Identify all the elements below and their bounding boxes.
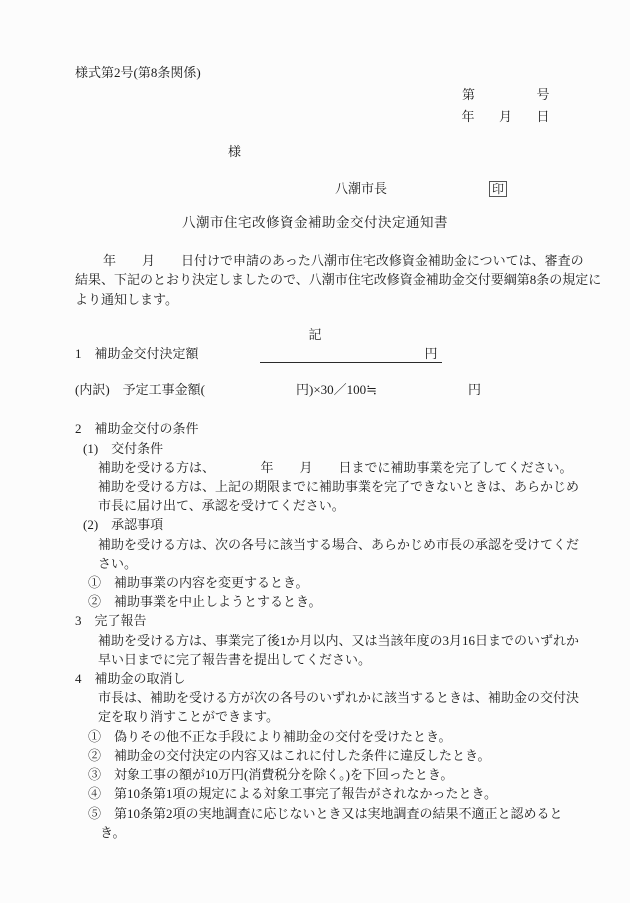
- section2-sub1-heading: (1) 交付条件: [83, 439, 555, 458]
- section4-item-5: ⑤ 第10条第2項の実地調査に応じないとき又は実地調査の結果不適正と認めると: [88, 804, 555, 823]
- section2-sub2-heading: (2) 承認事項: [83, 515, 555, 534]
- section4-item-4: ④ 第10条第1項の規定による対象工事完了報告がされなかったとき。: [88, 784, 555, 803]
- section4-item-1: ① 偽りその他不正な手段により補助金の交付を受けたとき。: [88, 727, 555, 746]
- form-number-label: 様式第2号(第8条関係): [75, 63, 555, 82]
- reference-number-prefix: 第: [462, 87, 476, 102]
- reference-number-line: 第号: [75, 85, 555, 104]
- intro-paragraph-line-3: より通知します。: [75, 290, 555, 309]
- section2-sub2-line-1: 補助を受ける方は、次の各号に該当する場合、あらかじめ市長の承認を受けてくだ: [98, 535, 555, 554]
- section2-sub2-item-1: ① 補助事業の内容を変更するとき。: [88, 573, 555, 592]
- intro-paragraph-line-2: 結果、下記のとおり決定しましたので、八潮市住宅改修資金補助金交付要綱第8条の規定…: [75, 270, 555, 289]
- section4-item-2: ② 補助金の交付決定の内容又はこれに付した条件に違反したとき。: [88, 746, 555, 765]
- issue-date-line: 年月日: [75, 107, 555, 126]
- section2-heading: 2 補助金交付の条件: [75, 419, 555, 438]
- document-page: 様式第2号(第8条関係) 第号 年月日 様 八潮市長印 八潮市住宅改修資金補助金…: [0, 0, 630, 903]
- section4-line-2: 定を取り消すことができます。: [98, 707, 555, 726]
- item1-unit: 円: [425, 346, 438, 361]
- item1-amount-blank: 円: [260, 345, 442, 363]
- section3-heading: 3 完了報告: [75, 611, 555, 630]
- section2-sub1-line-3: 市長に届け出て、承認を受けてください。: [98, 496, 555, 515]
- issue-date-month: 月: [499, 109, 513, 124]
- document-title: 八潮市住宅改修資金補助金交付決定通知書: [75, 213, 555, 232]
- reference-number-suffix: 号: [536, 87, 550, 102]
- section4-line-1: 市長は、補助を受ける方が次の各号のいずれかに該当するときは、補助金の交付決: [98, 688, 555, 707]
- section3-line-2: 早い日までに完了報告書を提出してください。: [98, 650, 555, 669]
- intro-paragraph-line-1: 年 月 日付けで申請のあった八潮市住宅改修資金補助金については、審査の: [103, 251, 555, 270]
- section3-line-1: 補助を受ける方は、事業完了後1か月以内、又は当該年度の3月16日までのいずれか: [98, 631, 555, 650]
- section4-heading: 4 補助金の取消し: [75, 669, 555, 688]
- issue-date-day: 日: [536, 109, 550, 124]
- section4-item-5-continuation: き。: [100, 823, 555, 842]
- addressee-honorific: 様: [228, 142, 555, 161]
- section2-sub2-line-2: さい。: [98, 554, 555, 573]
- breakdown-line: (内訳) 予定工事金額( 円)×30／100≒ 円: [75, 380, 555, 399]
- section2-sub1-line-1: 補助を受ける方は、 年 月 日までに補助事業を完了してください。: [98, 458, 555, 477]
- section4-item-3: ③ 対象工事の額が10万円(消費税分を除く。)を下回ったとき。: [88, 765, 555, 784]
- record-mark: 記: [75, 325, 555, 344]
- section2-sub2-item-2: ② 補助事業を中止しようとするとき。: [88, 592, 555, 611]
- issue-date-year: 年: [461, 109, 475, 124]
- item1-label: 1 補助金交付決定額: [75, 346, 199, 361]
- seal-mark: 印: [489, 181, 507, 197]
- issuer-name: 八潮市長: [335, 181, 387, 196]
- issuer-line: 八潮市長印: [335, 179, 555, 198]
- section2-sub1-line-2: 補助を受ける方は、上記の期限までに補助事業を完了できないときは、あらかじめ: [98, 477, 555, 496]
- item1-decided-amount-line: 1 補助金交付決定額円: [75, 344, 555, 363]
